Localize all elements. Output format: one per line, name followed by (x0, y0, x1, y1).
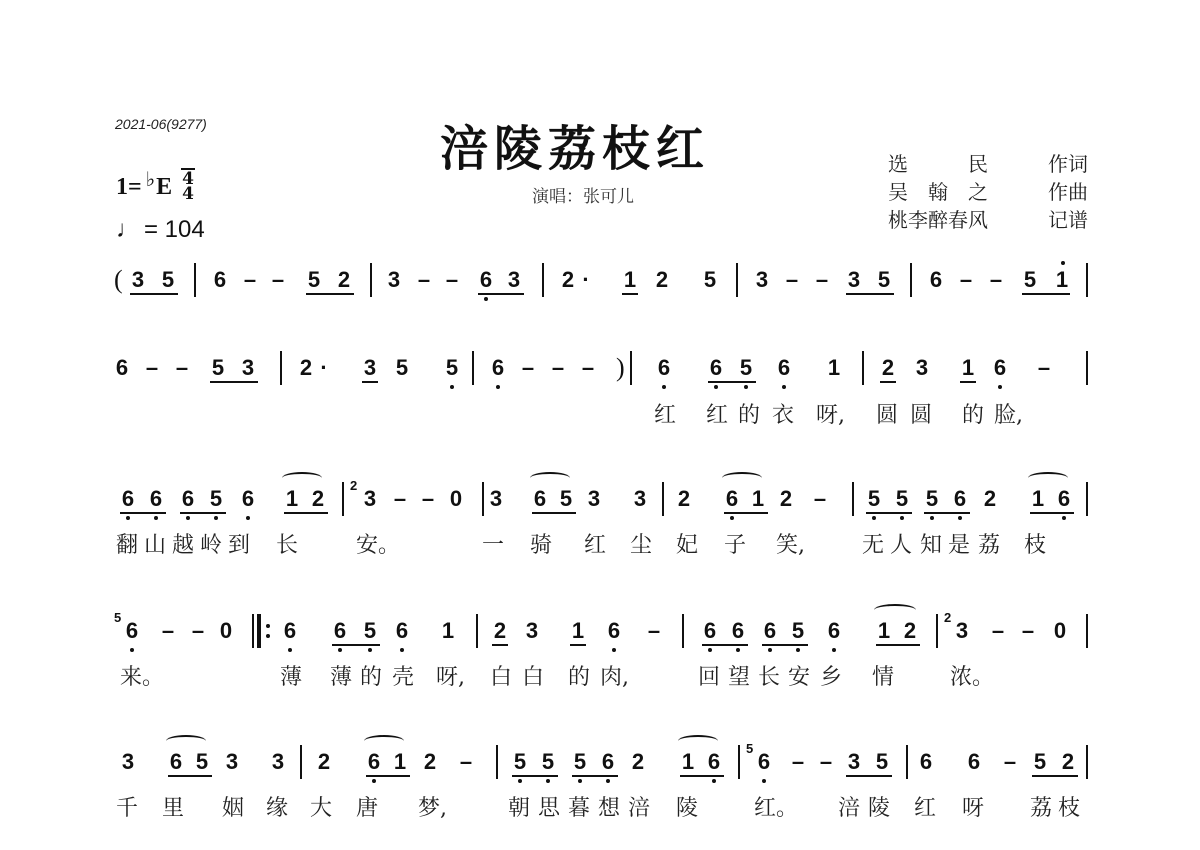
lyric: 越 (172, 528, 194, 559)
note-low: 6 (708, 355, 724, 381)
note: 3 (270, 749, 286, 775)
note: 5 (702, 267, 718, 293)
note-low: 6 (394, 618, 410, 644)
grace-digit: 5 (114, 610, 121, 625)
dash: – (812, 486, 828, 512)
underline (880, 381, 896, 383)
note: 2 (902, 618, 918, 644)
barline (630, 351, 632, 385)
note: 5 (1032, 749, 1048, 775)
note: 1 (1030, 486, 1046, 512)
note: 2 (310, 486, 326, 512)
note-low: 6 (120, 486, 136, 512)
note: 5 (558, 486, 574, 512)
dash: – (144, 355, 160, 381)
lyric: 情 (872, 660, 894, 691)
note: 1 (440, 618, 456, 644)
barline (910, 263, 912, 297)
tempo-value: = 104 (144, 216, 205, 244)
underline (570, 644, 586, 646)
note: 3 (846, 749, 862, 775)
barline (370, 263, 372, 297)
underline (210, 381, 258, 383)
transcriber-role: 记谱 (1048, 206, 1088, 234)
note: 5 (210, 355, 226, 381)
note-low: 6 (282, 618, 298, 644)
underline (306, 293, 354, 295)
lyric: 的 (568, 660, 590, 691)
lyric: 红 (914, 791, 936, 822)
barline (496, 745, 498, 779)
lyric: 唐 (356, 791, 378, 822)
lyric: 是 (948, 528, 970, 559)
lyric: 衣 (772, 398, 794, 429)
note: 5 (194, 749, 210, 775)
lyric: 红。 (754, 791, 798, 822)
note: 3 (914, 355, 930, 381)
repeat-dots (266, 620, 270, 642)
note: 3 (506, 267, 522, 293)
note-low: 5 (894, 486, 910, 512)
quarter-note-icon: ♩ (116, 216, 140, 244)
barline (1086, 482, 1088, 516)
grace-note: 2 (350, 478, 357, 493)
barline (194, 263, 196, 297)
note: 2 (982, 486, 998, 512)
note: 5 (874, 749, 890, 775)
dash: – (784, 267, 800, 293)
lyric: 妃 (676, 528, 698, 559)
note: 6 (168, 749, 184, 775)
note: 2 (654, 267, 670, 293)
dash: – (958, 267, 974, 293)
note-low: 6 (148, 486, 164, 512)
underline (702, 644, 748, 646)
note: 1 (826, 355, 842, 381)
lyric: 想 (598, 791, 620, 822)
lyric: 呀, (816, 398, 845, 429)
lyric: 山 (144, 528, 166, 559)
dash: – (814, 267, 830, 293)
lyric: 圆 (876, 398, 898, 429)
note-low: 6 (776, 355, 792, 381)
lyricist-name: 选 民 (888, 150, 988, 178)
grace-digit: 5 (746, 741, 753, 756)
underline (366, 775, 410, 777)
lyric: 回 (698, 660, 720, 691)
note: 1 (680, 749, 696, 775)
score-line-1: ( 3 5 6 – – 5 2 3 – – 6 3 2 · 1 2 5 3 – … (110, 267, 1095, 317)
dash: – (444, 267, 460, 293)
note: 5 (1022, 267, 1038, 293)
note: 2 (1060, 749, 1076, 775)
underline (680, 775, 724, 777)
note-low: 6 (1056, 486, 1072, 512)
lyric: 岭 (200, 528, 222, 559)
lyric: 安。 (356, 528, 400, 559)
lyric: 陵 (676, 791, 698, 822)
dash: – (1036, 355, 1052, 381)
underline (168, 775, 212, 777)
barline (300, 745, 302, 779)
note-low: 6 (992, 355, 1008, 381)
lyric: 长 (276, 528, 298, 559)
note-low: 5 (208, 486, 224, 512)
dash: – (1002, 749, 1018, 775)
underline (762, 644, 808, 646)
composer-credit: 吴 翰 之 作曲 (888, 178, 1088, 206)
lyric: 涪 (628, 791, 650, 822)
dash: – (242, 267, 258, 293)
lyric: 子 (724, 528, 746, 559)
flat-icon: ♭ (146, 167, 155, 192)
close-paren: ) (616, 353, 625, 383)
note: 3 (488, 486, 504, 512)
note: 2 (676, 486, 692, 512)
note-low: 6 (762, 618, 778, 644)
slur (1028, 472, 1068, 484)
key-note: E (156, 174, 172, 201)
barline (662, 482, 664, 516)
slur (364, 735, 404, 747)
lyric: 大 (310, 791, 332, 822)
underline (622, 293, 638, 295)
dash: – (174, 355, 190, 381)
slur (722, 472, 762, 484)
composer-name: 吴 翰 之 (888, 178, 988, 206)
note: 3 (130, 267, 146, 293)
note: 6 (532, 486, 548, 512)
note: 2 (560, 267, 576, 293)
lyric: 的 (738, 398, 760, 429)
credits-block: 选 民 作词 吴 翰 之 作曲 桃李醉春风 记谱 (888, 150, 1088, 234)
lyric: 一 (482, 528, 504, 559)
note: 3 (362, 486, 378, 512)
lyric: 里 (162, 791, 184, 822)
lyric: 呀, (436, 660, 465, 691)
note-low: 6 (124, 618, 140, 644)
dash: – (420, 486, 436, 512)
lyric: 浓。 (950, 660, 994, 691)
underline (924, 512, 970, 514)
note-low: 5 (790, 618, 806, 644)
barline (472, 351, 474, 385)
lyrics-line-3: 翻 山 越 岭 到 长 安。 一 骑 红 尘 妃 子 笑, 无 人 知 是 荔 … (110, 528, 1095, 578)
lyric: 肉, (600, 660, 629, 691)
underline (708, 381, 756, 383)
grace-digit: 2 (350, 478, 357, 493)
grace-note: 2 (944, 610, 951, 625)
lyrics-line-2: 红 红 的 衣 呀, 圆 圆 的 脸, (110, 398, 1095, 448)
rest: 0 (1052, 618, 1068, 644)
lyric: 荔 (978, 528, 1000, 559)
underline (724, 512, 768, 514)
underline (130, 293, 178, 295)
underline (846, 293, 894, 295)
note: 2 (316, 749, 332, 775)
slur (874, 604, 916, 616)
note: 3 (120, 749, 136, 775)
underline (846, 775, 892, 777)
lyric: 薄 (330, 660, 352, 691)
note-low: 6 (826, 618, 842, 644)
lyric: 枝 (1024, 528, 1046, 559)
dash: – (550, 355, 566, 381)
barline (542, 263, 544, 297)
note-low: 5 (924, 486, 940, 512)
lyric: 的 (360, 660, 382, 691)
note: 3 (754, 267, 770, 293)
barline (682, 614, 684, 648)
barline (1086, 614, 1088, 648)
barline (280, 351, 282, 385)
note-low: 6 (490, 355, 506, 381)
note: 1 (960, 355, 976, 381)
note-low: 5 (444, 355, 460, 381)
note-low: 6 (756, 749, 772, 775)
note-low: 6 (952, 486, 968, 512)
note-low: 5 (362, 618, 378, 644)
dash: – (270, 267, 286, 293)
note: 1 (392, 749, 408, 775)
barline (852, 482, 854, 516)
note: 1 (750, 486, 766, 512)
note: 5 (306, 267, 322, 293)
underline (1030, 512, 1074, 514)
underline (876, 644, 920, 646)
underline (1032, 775, 1078, 777)
note-low: 6 (240, 486, 256, 512)
lyric: 乡 (820, 660, 842, 691)
dash: – (580, 355, 596, 381)
note-low: 6 (702, 618, 718, 644)
barline (738, 745, 740, 779)
underline (960, 381, 976, 383)
score-id: 2021-06(9277) (115, 116, 207, 132)
note-low: 6 (366, 749, 382, 775)
underline (284, 512, 328, 514)
barline (1086, 351, 1088, 385)
aug-dot: · (578, 267, 594, 293)
note: 6 (918, 749, 934, 775)
underline (866, 512, 912, 514)
note: 3 (586, 486, 602, 512)
grace-note: 5 (746, 741, 753, 756)
note: 2 (336, 267, 352, 293)
note: 3 (632, 486, 648, 512)
singer-credit: 演唱：张可儿 (532, 182, 634, 207)
lyric: 陵 (868, 791, 890, 822)
aug-dot: · (316, 355, 332, 381)
note-low: 6 (606, 618, 622, 644)
song-title: 涪陵荔枝红 (440, 110, 710, 179)
note: 3 (240, 355, 256, 381)
lyric: 涪 (838, 791, 860, 822)
note-low: 5 (572, 749, 588, 775)
barline (1086, 263, 1088, 297)
lyric: 思 (538, 791, 560, 822)
lyric: 红 (706, 398, 728, 429)
barline (342, 482, 344, 516)
lyric: 骑 (530, 528, 552, 559)
rest: 0 (218, 618, 234, 644)
note-low: 6 (706, 749, 722, 775)
lyric: 白 (522, 660, 544, 691)
repeat-start-barline (252, 614, 261, 648)
barline (736, 263, 738, 297)
note: 6 (114, 355, 130, 381)
lyric: 的 (962, 398, 984, 429)
underline (512, 775, 558, 777)
note: 5 (876, 267, 892, 293)
note: 2 (422, 749, 438, 775)
note-low: 5 (866, 486, 882, 512)
underline (532, 512, 576, 514)
note: 5 (160, 267, 176, 293)
lyric: 壳 (392, 660, 414, 691)
note: 1 (622, 267, 638, 293)
note-low: 6 (332, 618, 348, 644)
composer-role: 作曲 (1048, 178, 1088, 206)
note: 6 (928, 267, 944, 293)
lyric: 千 (116, 791, 138, 822)
dash: – (988, 267, 1004, 293)
lyric: 人 (890, 528, 912, 559)
lyric: 尘 (630, 528, 652, 559)
barline (1086, 745, 1088, 779)
note: 3 (362, 355, 378, 381)
note: 3 (386, 267, 402, 293)
note-low: 5 (738, 355, 754, 381)
lyric: 姻 (222, 791, 244, 822)
note: 3 (224, 749, 240, 775)
note-low: 6 (600, 749, 616, 775)
barline (862, 351, 864, 385)
dash: – (1020, 618, 1036, 644)
underline (572, 775, 618, 777)
lyric: 到 (228, 528, 250, 559)
note-high: 1 (1054, 267, 1070, 293)
barline (936, 614, 938, 648)
note: 6 (966, 749, 982, 775)
note-low: 5 (512, 749, 528, 775)
note: 6 (212, 267, 228, 293)
dash: – (416, 267, 432, 293)
note-low: 6 (656, 355, 672, 381)
lyric: 翻 (116, 528, 138, 559)
underline (362, 381, 378, 383)
lyric: 知 (920, 528, 942, 559)
grace-note: 5 (114, 610, 121, 625)
note: 3 (954, 618, 970, 644)
dash: – (790, 749, 806, 775)
lyric: 梦, (418, 791, 447, 822)
lyric: 长 (758, 660, 780, 691)
barline (482, 482, 484, 516)
underline (332, 644, 380, 646)
time-sig-divider (181, 168, 195, 170)
note: 2 (630, 749, 646, 775)
note-low: 6 (180, 486, 196, 512)
slur (166, 735, 206, 747)
underline (120, 512, 166, 514)
lyric: 红 (584, 528, 606, 559)
underline (492, 644, 508, 646)
key-prefix: 1= (116, 174, 142, 201)
lyric: 脸, (994, 398, 1023, 429)
open-paren: ( (114, 265, 123, 295)
barline (906, 745, 908, 779)
lyrics-line-5: 千 里 姻 缘 大 唐 梦, 朝 思 暮 想 涪 陵 红。 涪 陵 红 呀 荔 … (110, 791, 1095, 841)
grace-digit: 2 (944, 610, 951, 625)
note: 2 (778, 486, 794, 512)
lyric: 望 (728, 660, 750, 691)
note: 1 (284, 486, 300, 512)
lyric: 无 (862, 528, 884, 559)
note: 5 (394, 355, 410, 381)
lyric: 朝 (508, 791, 530, 822)
note-low: 6 (478, 267, 494, 293)
lyric: 缘 (266, 791, 288, 822)
underline (478, 293, 524, 295)
note-low: 6 (724, 486, 740, 512)
dash: – (160, 618, 176, 644)
lyricist-role: 作词 (1048, 150, 1088, 178)
note-low: 5 (540, 749, 556, 775)
note: 3 (524, 618, 540, 644)
lyric: 圆 (910, 398, 932, 429)
lyric: 白 (490, 660, 512, 691)
lyric: 笑, (776, 528, 805, 559)
underline (180, 512, 226, 514)
lyrics-line-4: 来。 薄 薄 的 壳 呀, 白 白 的 肉, 回 望 长 安 乡 情 浓。 (110, 660, 1095, 710)
key-signature: 1= ♭ E 4 4 (116, 172, 194, 202)
note: 1 (570, 618, 586, 644)
lyric: 薄 (280, 660, 302, 691)
note: 2 (880, 355, 896, 381)
dash: – (458, 749, 474, 775)
lyric: 枝 (1058, 791, 1080, 822)
tempo-marking: ♩ = 104 (116, 216, 205, 244)
time-signature: 4 4 (182, 172, 194, 202)
dash: – (190, 618, 206, 644)
slur (282, 472, 322, 484)
barline (476, 614, 478, 648)
lyric: 红 (654, 398, 676, 429)
dash: – (520, 355, 536, 381)
note: 3 (846, 267, 862, 293)
note: 1 (876, 618, 892, 644)
dash: – (392, 486, 408, 512)
note-low: 6 (730, 618, 746, 644)
lyric: 安 (788, 660, 810, 691)
dash: – (818, 749, 834, 775)
note: 2 (492, 618, 508, 644)
lyricist-credit: 选 民 作词 (888, 150, 1088, 178)
transcriber-name: 桃李醉春风 (888, 206, 988, 234)
transcriber-credit: 桃李醉春风 记谱 (888, 206, 1088, 234)
lyric: 暮 (568, 791, 590, 822)
lyric: 呀 (962, 791, 984, 822)
rest: 0 (448, 486, 464, 512)
note: 2 (298, 355, 314, 381)
time-sig-bottom: 4 (182, 187, 194, 202)
underline (1022, 293, 1070, 295)
lyric: 来。 (120, 660, 164, 691)
slur (678, 735, 718, 747)
slur (530, 472, 570, 484)
lyric: 荔 (1030, 791, 1052, 822)
